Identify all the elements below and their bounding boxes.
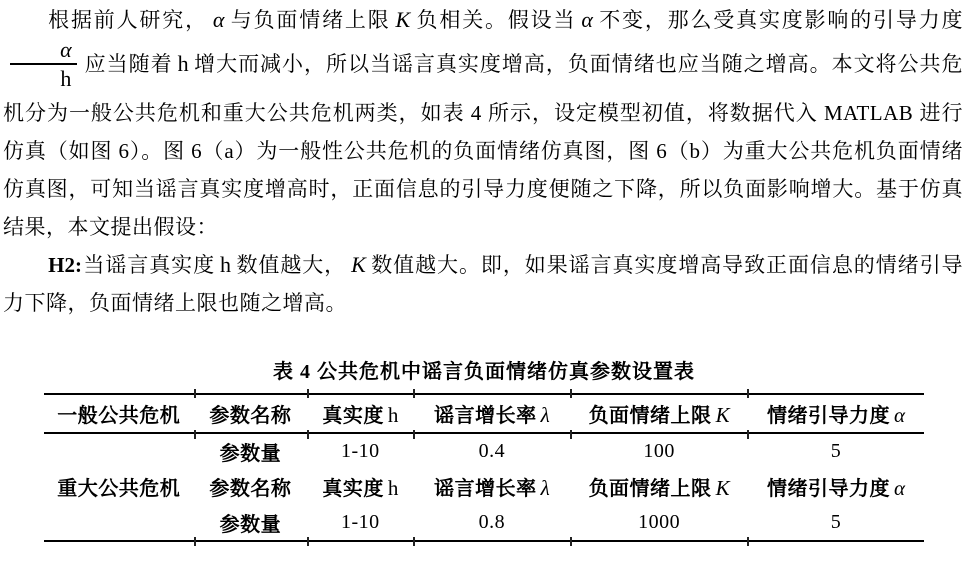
column-divider-tick — [413, 430, 415, 439]
column-divider-tick — [747, 389, 749, 398]
table-cell-empty — [44, 433, 194, 469]
text-run: 不变，那么受真实度影响的引导力度 — [598, 8, 963, 32]
var-K: K — [396, 7, 411, 32]
table-4-caption: 表 4 公共危机中谣言负面情绪仿真参数设置表 — [44, 355, 924, 384]
column-divider-tick — [570, 389, 572, 398]
header-label: 谣言增长率 — [434, 405, 537, 427]
var-lambda: λ — [541, 403, 550, 427]
table-4-container: 一般公共危机 参数名称 真实度h 谣言增长率λ 负面情绪上限K 情绪引导力度α … — [44, 393, 924, 542]
column-divider-tick — [307, 430, 309, 439]
h2-label: H2: — [48, 253, 82, 277]
table-row-header-major: 重大公共危机 参数名称 真实度h 谣言增长率λ 负面情绪上限K 情绪引导力度α — [44, 469, 924, 505]
header-label: 情绪引导力度 — [767, 478, 890, 500]
var-alpha: α — [581, 7, 593, 32]
table-cell-K-value: 1000 — [570, 505, 748, 541]
table-cell-lambda-value: 0.4 — [414, 433, 571, 469]
table-cell-param-name: 参数名称 — [194, 469, 308, 505]
text-run: 应当随着 — [84, 52, 172, 76]
text-run: 当谣言真实度 — [83, 253, 215, 277]
text-run: 根据前人研究， — [48, 8, 208, 32]
paragraph-simulation: 根据前人研究，α与负面情绪上限K负相关。假设当α不变，那么受真实度影响的引导力度… — [3, 1, 963, 246]
column-divider-tick — [194, 537, 196, 546]
var-h: h — [388, 476, 399, 500]
table-cell-param-amount: 参数量 — [194, 433, 308, 469]
column-divider-tick — [307, 389, 309, 398]
text-run: 数值越大， — [236, 253, 346, 277]
header-label: 谣言增长率 — [434, 478, 537, 500]
table-cell-h-value: 1-10 — [307, 433, 413, 469]
text-run: 负相关。假设当 — [415, 8, 576, 32]
column-divider-tick — [194, 389, 196, 398]
column-divider-tick — [570, 537, 572, 546]
table-cell-empty — [44, 505, 194, 541]
header-cell-emotion-limit: 负面情绪上限K — [570, 394, 748, 433]
fraction-alpha-over-h: αh — [10, 37, 77, 92]
var-lambda: λ — [541, 476, 550, 500]
column-divider-tick — [413, 389, 415, 398]
header-cell-guidance-strength: 情绪引导力度α — [748, 394, 924, 433]
column-divider-tick — [194, 430, 196, 439]
table-cell-guidance-strength: 情绪引导力度α — [748, 469, 924, 505]
text-run: 与负面情绪上限 — [229, 8, 390, 32]
column-divider-tick — [747, 430, 749, 439]
table-cell-alpha-value: 5 — [748, 433, 924, 469]
header-label: 真实度 — [322, 405, 384, 427]
header-cell-truthfulness: 真实度h — [307, 394, 413, 433]
header-label: 真实度 — [322, 478, 384, 500]
header-cell-param-name: 参数名称 — [194, 394, 308, 433]
column-divider-tick — [747, 537, 749, 546]
table-4-section: 表 4 公共危机中谣言负面情绪仿真参数设置表 一般公共危机 参数名称 真实度h … — [44, 355, 924, 542]
table-cell-emotion-limit: 负面情绪上限K — [570, 469, 748, 505]
table-row-major-values: 参数量 1-10 0.8 1000 5 — [44, 505, 924, 541]
text-run: 增大而减小，所以当谣言真实度增高，负面情绪也应当随之增高。本文将公共危机分为一般… — [3, 52, 963, 238]
var-K: K — [716, 476, 730, 500]
table-row-header-general: 一般公共危机 参数名称 真实度h 谣言增长率λ 负面情绪上限K 情绪引导力度α — [44, 394, 924, 433]
var-alpha: α — [894, 403, 905, 427]
column-divider-tick — [413, 537, 415, 546]
column-divider-tick — [307, 537, 309, 546]
var-h: h — [178, 51, 189, 76]
table-cell-truthfulness: 真实度h — [307, 469, 413, 505]
fraction-numerator: α — [10, 37, 77, 63]
header-label: 负面情绪上限 — [589, 405, 712, 427]
var-h: h — [220, 252, 231, 277]
var-h: h — [388, 403, 399, 427]
table-cell-growth-rate: 谣言增长率λ — [414, 469, 571, 505]
table-cell-param-amount: 参数量 — [194, 505, 308, 541]
table-cell-crisis-type: 重大公共危机 — [44, 469, 194, 505]
var-alpha: α — [894, 476, 905, 500]
paragraph-hypothesis-h2: H2:当谣言真实度h数值越大，K数值越大。即，如果谣言真实度增高导致正面信息的情… — [3, 246, 963, 322]
var-K: K — [351, 252, 366, 277]
header-cell-crisis-type: 一般公共危机 — [44, 394, 194, 433]
table-row-general-values: 参数量 1-10 0.4 100 5 — [44, 433, 924, 469]
var-K: K — [716, 403, 730, 427]
var-alpha: α — [213, 7, 225, 32]
table-cell-alpha-value: 5 — [748, 505, 924, 541]
fraction-denominator: h — [10, 63, 77, 91]
column-divider-tick — [570, 430, 572, 439]
table-cell-h-value: 1-10 — [307, 505, 413, 541]
table-cell-lambda-value: 0.8 — [414, 505, 571, 541]
header-label: 情绪引导力度 — [767, 405, 890, 427]
table-cell-K-value: 100 — [570, 433, 748, 469]
table-4-parameters: 一般公共危机 参数名称 真实度h 谣言增长率λ 负面情绪上限K 情绪引导力度α … — [44, 393, 924, 542]
header-label: 负面情绪上限 — [589, 478, 712, 500]
paper-page: 根据前人研究，α与负面情绪上限K负相关。假设当α不变，那么受真实度影响的引导力度… — [0, 0, 966, 585]
header-cell-growth-rate: 谣言增长率λ — [414, 394, 571, 433]
